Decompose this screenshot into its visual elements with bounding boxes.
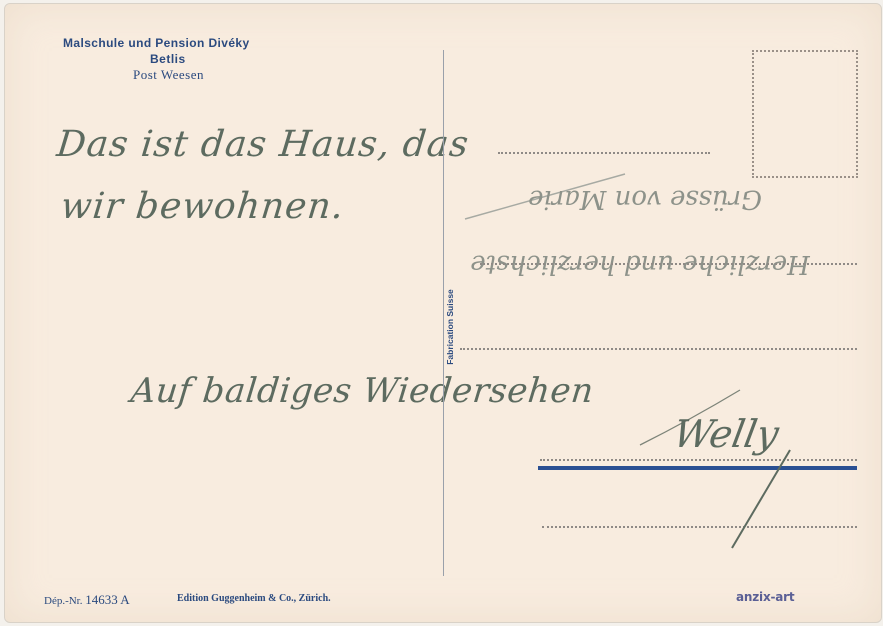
watermark: anzix-art — [736, 590, 794, 604]
footer-dep-number: Dép.-Nr. 14633 A — [44, 592, 130, 608]
message-farewell: Auf baldiges Wiedersehen — [129, 371, 596, 411]
header-subtitle: Betlis — [150, 52, 186, 66]
center-divider — [443, 50, 444, 576]
footer-edition: Edition Guggenheim & Co., Zürich. — [177, 593, 331, 604]
upside-down-line-1: Grüsse von Marie — [455, 184, 835, 214]
dep-label: Dép.-Nr. — [44, 595, 83, 607]
address-line-3 — [460, 348, 857, 350]
signature-flourish-icon — [620, 380, 880, 550]
header-title: Malschule und Pension Divéky — [63, 36, 250, 50]
message-line-2: wir bewohnen. — [59, 186, 346, 227]
header-post: Post Weesen — [133, 67, 204, 83]
address-line-2 — [480, 263, 857, 265]
dep-number: 14633 A — [85, 592, 129, 607]
message-line-1: Das ist das Haus, das — [55, 124, 471, 165]
signature: Welly — [670, 412, 782, 456]
divider-label: Fabrication Suisse — [445, 283, 455, 371]
stamp-box — [752, 50, 858, 178]
address-line-1 — [498, 152, 710, 154]
